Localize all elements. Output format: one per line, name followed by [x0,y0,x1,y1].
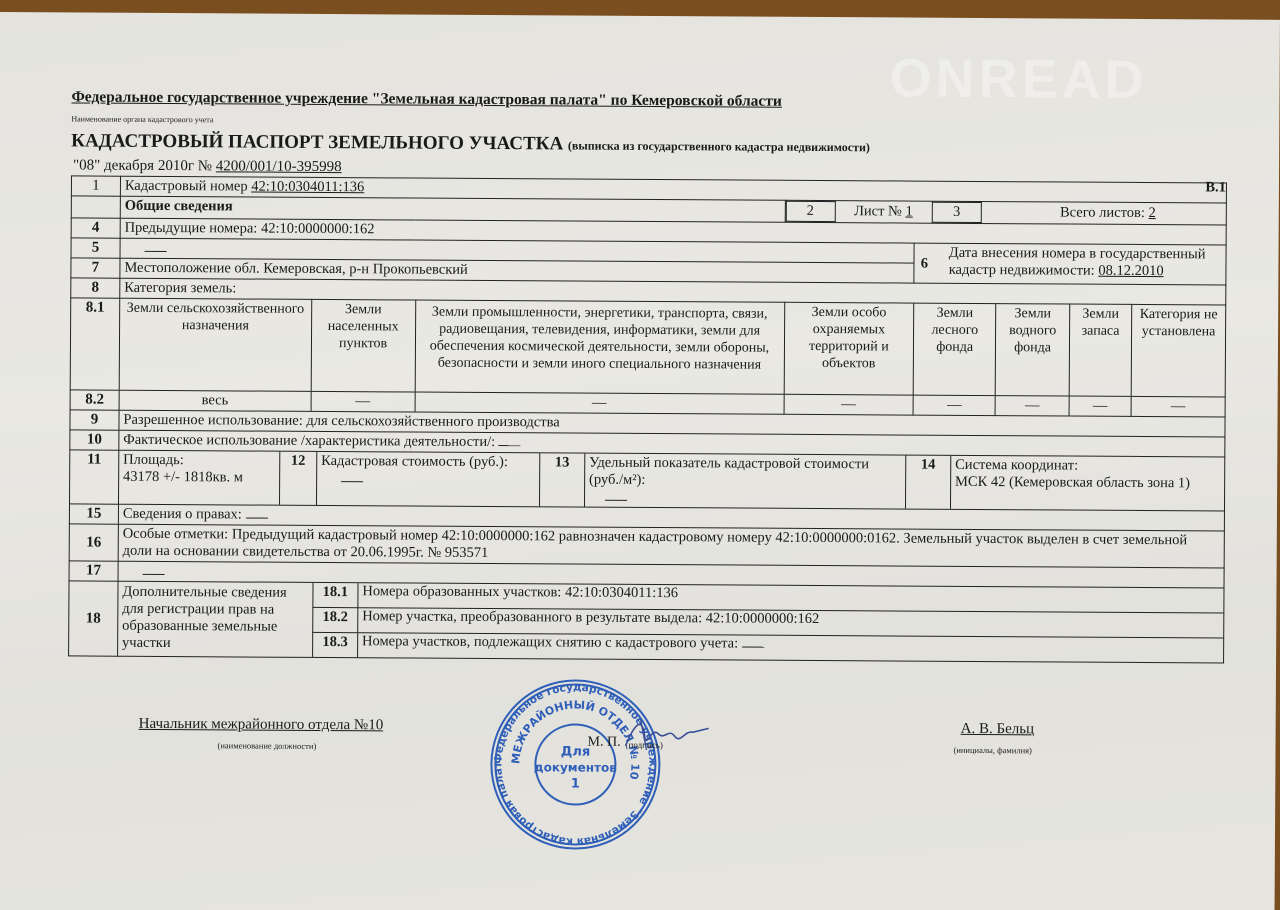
row-11-14: 11 Площадь:43178 +/- 1818кв. м 12 Кадаст… [69,450,1224,511]
cadastral-cost: Кадастровая стоимость (руб.): [316,452,539,506]
registration-date: 08.12.2010 [1098,263,1163,279]
cadastral-form-table: 1 Кадастровый номер 42:10:0304011:136 В.… [68,175,1227,663]
category-value: — [1069,396,1131,416]
stamp-center-3: 1 [571,777,580,792]
official-stamp: Федеральное государственное учреждение "… [485,679,666,850]
form-code: В.1 [1205,179,1226,196]
row-number: 18 [69,581,118,656]
org-name: Федеральное государственное учреждение "… [71,88,782,110]
row-18: 18 Дополнительные сведения для регистрац… [69,581,1224,663]
sheet-info: 2 Лист № 1 3 Всего листов: 2 [785,200,1227,225]
stamp-place: М. П. [587,735,620,751]
signatory-position: Начальник межрайонного отдела №10 [139,716,384,734]
sheet-num-label: 2 [786,201,835,221]
category-value: весь [119,390,311,411]
category-header: Категория не установлена [1131,304,1226,397]
category-header: Земли сельскохозяйственного назначения [119,298,311,391]
category-value: — [1131,396,1225,417]
row-number: 15 [69,504,118,524]
row-number: 16 [69,524,118,561]
row-number: 6 [921,256,928,273]
row-number: 8.1 [70,298,119,390]
row-number: 8 [71,278,120,298]
row-number: 8.2 [70,390,119,410]
row-number: 7 [71,258,120,278]
area-cost-cell: Площадь:43178 +/- 1818кв. м 12 Кадастров… [118,450,1224,511]
doc-date: "08" декабря 2010г № [73,157,212,174]
signatory-name: А. В. Бельц [961,721,1035,738]
category-value: — [784,394,914,415]
row-number: 18.1 [313,583,358,608]
label: Кадастровый номер [125,178,248,195]
doc-date-line: "08" декабря 2010г № 4200/001/10-395998 [73,157,342,176]
label: Дата внесения номера в государственный к… [949,245,1206,279]
row-number: 5 [71,238,120,258]
total-num-label: 3 [932,202,981,222]
row-number: 17 [69,561,118,581]
total-sheets: Всего листов: 2 [981,202,1226,223]
watermark: ONREAD [889,47,1147,111]
row-number: 14 [905,456,950,509]
row-number: 12 [279,452,316,505]
category-header: Земли запаса [1069,304,1131,396]
row-number: 11 [69,450,118,504]
cadastral-number: 42:10:0304011:136 [251,179,364,196]
doc-subtitle: (выписка из государственного кадастра не… [568,138,870,154]
stamp-center-1: Для [561,744,591,759]
category-value: — [415,392,784,414]
sheet-number: Лист № 1 [835,202,932,223]
category-header: Земли особо охраняемых территорий и объе… [784,302,914,395]
row-number: 1 [71,176,120,196]
position-caption: (наименование должности) [217,740,316,751]
row-number: 18.3 [312,632,357,657]
category-header: Земли лесного фонда [913,303,995,395]
org-caption: Наименование органа кадастрового учета [71,114,213,124]
name-caption: (инициалы, фамилия) [953,745,1031,755]
doc-title-main: КАДАСТРОВЫЙ ПАСПОРТ ЗЕМЕЛЬНОГО УЧАСТКА [71,130,563,154]
registration-date-cell: 6 Дата внесения номера в государственный… [914,243,1226,285]
category-value: — [311,391,415,412]
additional-info-label: Дополнительные сведения для регистрации … [118,582,313,657]
handwritten-signature [620,716,710,757]
category-value: — [913,395,995,415]
category-header: Земли промышленности, энергетики, трансп… [415,300,784,394]
category-header: Земли населенных пунктов [311,299,415,392]
row-number: 4 [71,218,120,238]
row-8-1: 8.1 Земли сельскохозяйственного назначен… [70,298,1226,397]
category-value: — [995,396,1069,416]
row-number: 13 [539,453,584,506]
row-number [71,196,120,218]
doc-title: КАДАСТРОВЫЙ ПАСПОРТ ЗЕМЕЛЬНОГО УЧАСТКА (… [71,130,870,157]
specific-cost: Удельный показатель кадастровой стоимост… [584,454,905,509]
row-number: 18.2 [313,607,358,632]
row-number: 9 [70,410,119,430]
document-page: ONREAD Федеральное государственное учреж… [0,12,1280,910]
area: Площадь:43178 +/- 1818кв. м [119,451,280,505]
coordinate-system: Система координат:МСК 42 (Кемеровская об… [950,456,1224,511]
stamp-center-2: документов [534,760,617,775]
row-number: 10 [70,430,119,450]
parcels-to-remove: Номера участков, подлежащих снятию с кад… [357,633,1223,663]
additional-info-cell: Дополнительные сведения для регистрации … [117,581,1224,663]
category-header: Земли водного фонда [995,304,1069,396]
doc-number: 4200/001/10-395998 [216,158,342,175]
